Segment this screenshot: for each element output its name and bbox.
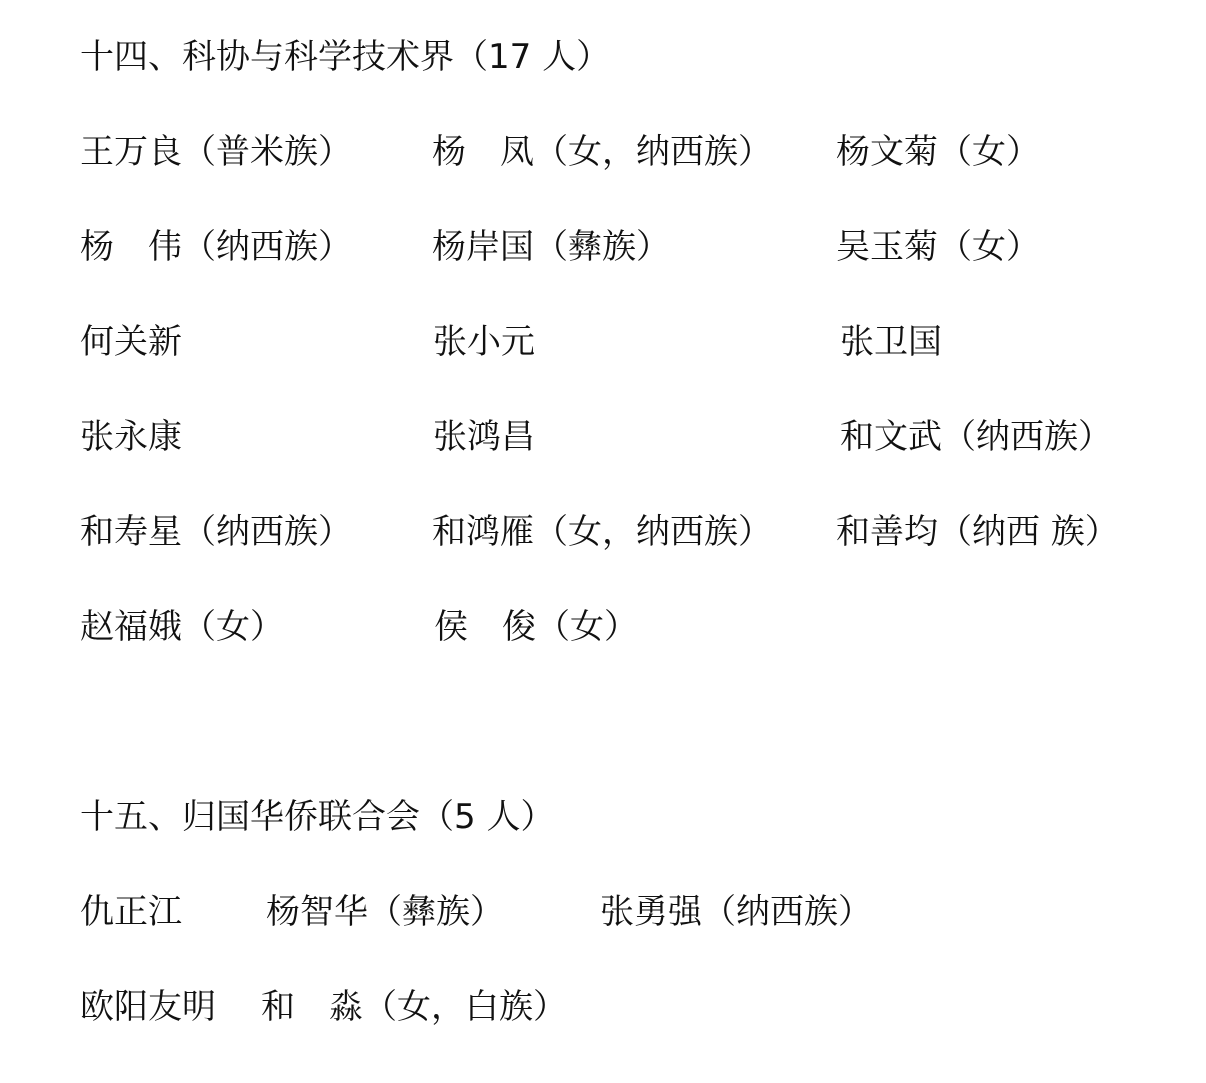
name-entry: 和 淼（女，白族） xyxy=(261,987,567,1027)
name-entry: 张鸿昌 xyxy=(433,417,535,457)
name-entry: 张永康 xyxy=(80,417,182,457)
name-entry: 和鸿雁（女，纳西族） xyxy=(432,512,772,552)
name-entry: 杨岸国（彝族） xyxy=(432,227,670,267)
name-entry: 和文武（纳西族） xyxy=(840,417,1112,457)
name-entry: 王万良（普米族） xyxy=(80,132,352,172)
name-entry: 杨智华（彝族） xyxy=(266,892,504,932)
name-entry: 和寿星（纳西族） xyxy=(80,512,352,552)
name-entry: 杨 凤（女，纳西族） xyxy=(432,132,772,172)
name-entry: 仇正江 xyxy=(80,892,182,932)
name-entry: 杨 伟（纳西族） xyxy=(80,227,352,267)
name-entry: 杨文菊（女） xyxy=(836,132,1040,172)
name-entry: 侯 俊（女） xyxy=(434,607,638,647)
name-entry: 张卫国 xyxy=(840,322,942,362)
name-entry: 赵福娥（女） xyxy=(80,607,284,647)
name-entry: 张勇强（纳西族） xyxy=(600,892,872,932)
name-entry: 和善均（纳西 族） xyxy=(836,512,1119,552)
name-entry: 欧阳友明 xyxy=(80,987,216,1027)
section-heading: 十四、科协与科学技术界（17 人） xyxy=(80,37,610,77)
name-entry: 吴玉菊（女） xyxy=(836,227,1040,267)
name-entry: 何关新 xyxy=(80,322,182,362)
section-heading: 十五、归国华侨联合会（5 人） xyxy=(80,797,554,837)
name-entry: 张小元 xyxy=(433,322,535,362)
